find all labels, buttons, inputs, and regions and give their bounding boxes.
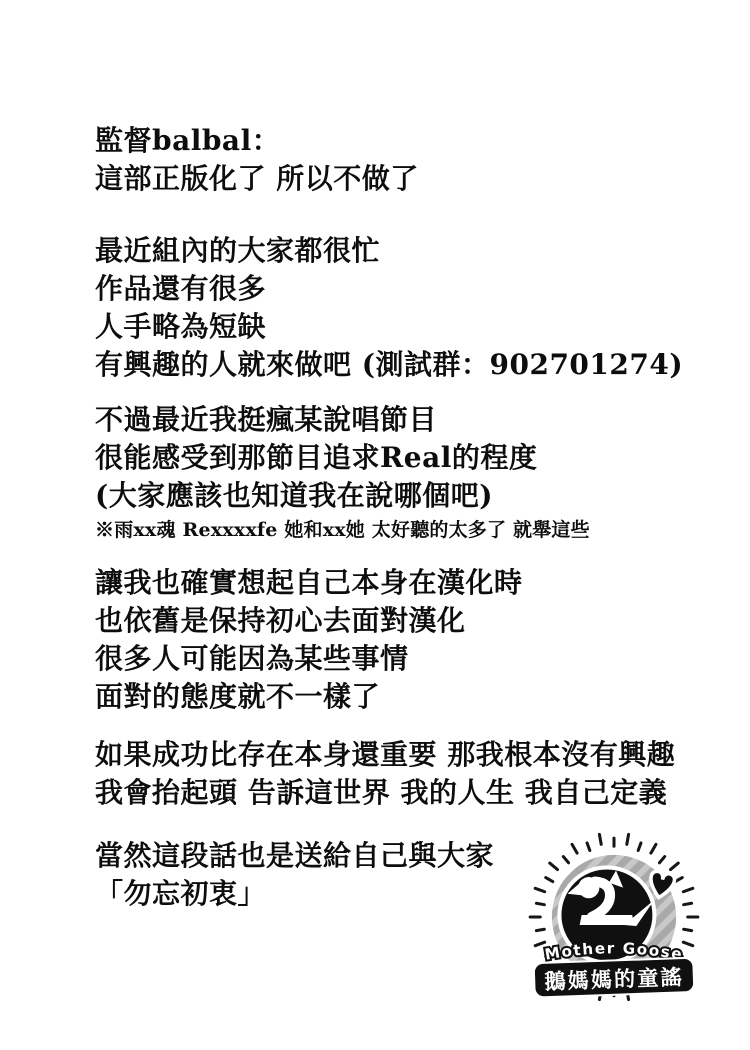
logo-title-zh: 鵝媽媽的童謠 [544,964,684,995]
text-block-lyrics: 如果成功比存在本身還重要 那我根本沒有興趣 我會抬起頭 告訴這世界 我的人生 我… [95,736,720,812]
text-block-rap-show: 不過最近我挺瘋某說唱節目 很能感受到那節目追求Real的程度 (大家應該也知道我… [95,401,720,545]
text-line: 面對的態度就不一樣了 [95,678,720,716]
text-line: 如果成功比存在本身還重要 那我根本沒有興趣 [95,736,720,774]
mother-goose-logo: Mother Goose 鵝媽媽的童謠 [518,824,710,1016]
text-line: 很能感受到那節目追求Real的程度 [95,439,720,477]
text-block-director: 監督balbal： 這部正版化了 所以不做了 [95,122,720,198]
text-line: 不過最近我挺瘋某說唱節目 [95,401,720,439]
text-line: 也依舊是保持初心去面對漢化 [95,602,720,640]
text-block-recruiting: 最近組內的大家都很忙 作品還有很多 人手略為短缺 有興趣的人就來做吧 (測試群：… [95,232,720,384]
text-line: 我會抬起頭 告訴這世界 我的人生 我自己定義 [95,774,720,812]
logo-banner: 鵝媽媽的童謠 [534,958,695,998]
text-line: 人手略為短缺 [95,308,720,346]
credits-page: 監督balbal： 這部正版化了 所以不做了 最近組內的大家都很忙 作品還有很多… [0,0,750,1050]
text-line: 最近組內的大家都很忙 [95,232,720,270]
text-line: 監督balbal： [95,122,720,160]
text-line: 讓我也確實想起自己本身在漢化時 [95,564,720,602]
text-line: 很多人可能因為某些事情 [95,640,720,678]
text-line: 這部正版化了 所以不做了 [95,160,720,198]
footnote-line: ※雨xx魂 Rexxxxfe 她和xx她 太好聽的太多了 就舉這些 [95,515,720,545]
text-line: 作品還有很多 [95,270,720,308]
text-line: 有興趣的人就來做吧 (測試群：902701274) [95,346,720,384]
text-block-reflection: 讓我也確實想起自己本身在漢化時 也依舊是保持初心去面對漢化 很多人可能因為某些事… [95,564,720,716]
text-line: (大家應該也知道我在說哪個吧) [95,477,720,515]
